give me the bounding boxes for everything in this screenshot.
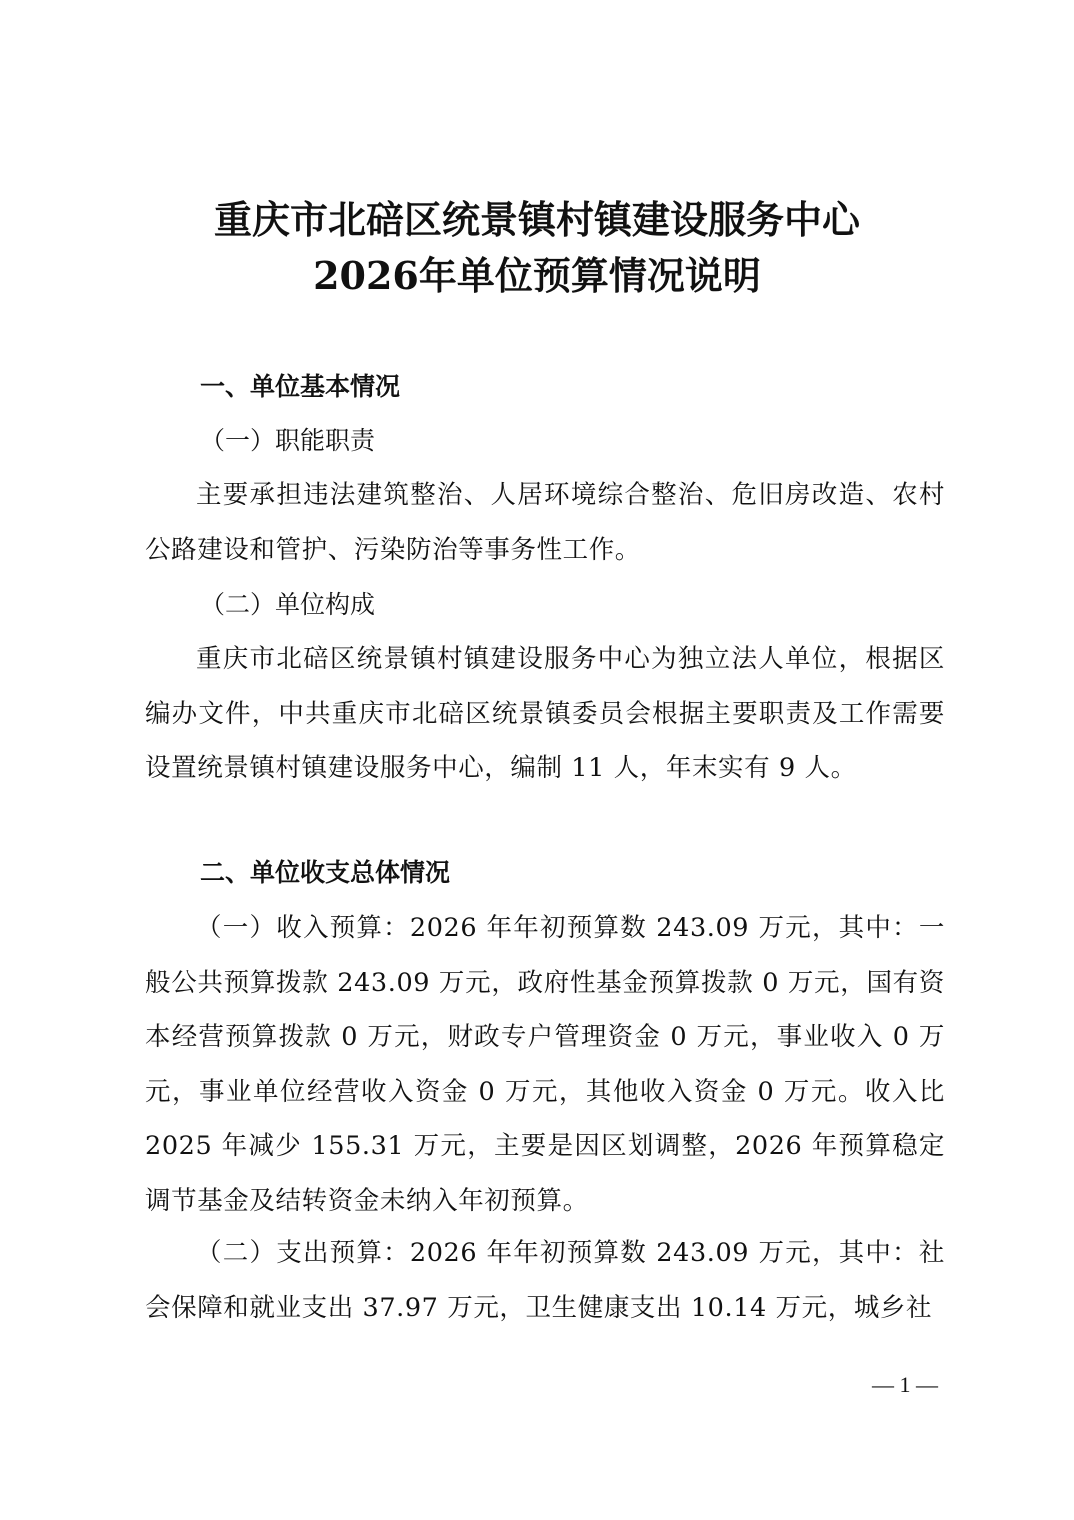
document-title-line1: 重庆市北碚区统景镇村镇建设服务中心	[0, 192, 1074, 248]
paragraph-composition: 重庆市北碚区统景镇村镇建设服务中心为独立法人单位，根据区编办文件，中共重庆市北碚…	[145, 632, 945, 796]
section-heading-basic-info: 一、单位基本情况	[200, 370, 400, 404]
paragraph-income-budget: （一）收入预算：2026 年年初预算数 243.09 万元，其中：一般公共预算拨…	[145, 901, 945, 1228]
paragraph-functions: 主要承担违法建筑整治、人居环境综合整治、危旧房改造、农村公路建设和管护、污染防治…	[145, 468, 945, 577]
subsection-heading-composition: （二）单位构成	[200, 588, 375, 622]
subsection-heading-functions: （一）职能职责	[200, 424, 375, 458]
page-number: — 1 —	[860, 1372, 950, 1398]
document-title-line2: 2026年单位预算情况说明	[0, 248, 1074, 304]
paragraph-expenditure-budget: （二）支出预算：2026 年年初预算数 243.09 万元，其中：社会保障和就业…	[145, 1226, 945, 1335]
document-page: 重庆市北碚区统景镇村镇建设服务中心 2026年单位预算情况说明 一、单位基本情况…	[0, 0, 1074, 1520]
section-heading-income-expenditure: 二、单位收支总体情况	[200, 856, 450, 890]
